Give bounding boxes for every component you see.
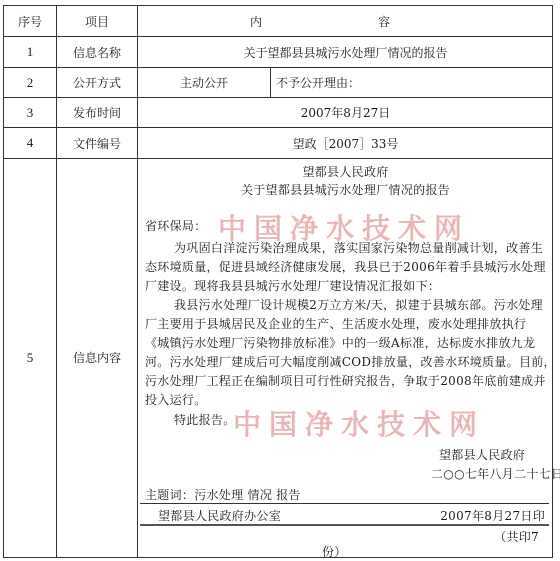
info-disclosure-table: 序号 项目 内 容 1 信息名称 关于望都县县城污水处理厂情况的报告 2 公开方… [3,5,553,558]
row-label: 信息名称 [57,37,137,67]
paragraph-line: 我县污水处理厂设计规模2万立方米/天，拟建于县城东部。污水处理 [174,296,543,313]
row-index: 2 [4,68,56,97]
header-content-left: 内 [138,6,262,36]
disclosure-method-value: 主动公开 [138,68,270,97]
doc-issuer: 望都县人民政府 [138,163,553,180]
row-index: 1 [4,37,56,67]
header-content-right: 容 [374,6,394,36]
paragraph-line: 厂建设。现将我县县城污水处理厂建设情况汇报如下： [145,277,440,294]
header-item: 项目 [57,6,137,36]
paragraph-line: 河。污水处理厂建成后可大幅度削减COD排放量，改善水环境质量。目前， [145,353,556,370]
column-divider [270,67,271,98]
row-label: 发布时间 [57,98,137,127]
document-number-value: 望政［2007］33号 [138,128,553,158]
footer-rule [140,524,549,526]
row-label: 信息内容 [57,159,137,556]
copies-count: （共印7 [494,528,539,545]
paragraph-line: 厂主要用于县城居民及企业的生产、生活废水处理，废水处理排放执行 [145,315,526,332]
keywords-rule [140,503,549,504]
paragraph-line: 投入运行。 [145,391,207,408]
publish-date-value: 2007年8月27日 [138,98,553,127]
paragraph-line: 《城镇污水处理厂污染物排放标准》中的一级A标准，达标废水排放九龙 [145,334,535,351]
doc-signature-date: 二○○七年八月二十七日 [431,465,560,482]
non-disclosure-reason-label: 不予公开理由： [276,68,476,97]
row-index: 5 [4,159,56,556]
row-label: 文件编号 [57,128,137,158]
paragraph-line: 态环境质量，促进县域经济健康发展，我县已于2006年着手县城污水处理 [145,258,546,275]
paragraph-line: 特此报告。 [174,411,236,428]
doc-keywords: 主题词：污水处理 情况 报告 [145,486,301,503]
header-index: 序号 [4,6,56,36]
issuing-office: 望都县人民政府办公室 [158,507,281,524]
row-label: 公开方式 [57,68,137,97]
watermark: 中国净水技术网 [233,403,485,443]
info-content-cell: 中国净水技术网 中国净水技术网 望都县人民政府 关于望都县县城污水处理厂情况的报… [138,159,553,556]
row-index: 4 [4,128,56,158]
copies-count-end: 份） [322,543,347,560]
paragraph-line: 污水处理厂工程正在编制项目可行性研究报告，争取于2008年底前建成并 [145,372,546,389]
doc-signature: 望都县人民政府 [439,446,525,463]
row-index: 3 [4,98,56,127]
print-date: 2007年8月27日印 [440,507,545,524]
paragraph-line: 为巩固白洋淀污染治理成果，落实国家污染物总量削减计划，改善生 [174,239,543,256]
doc-addressee: 省环保局： [145,217,207,234]
info-name-value: 关于望都县县城污水处理厂情况的报告 [138,37,553,67]
doc-title: 关于望都县县城污水处理厂情况的报告 [138,181,553,198]
